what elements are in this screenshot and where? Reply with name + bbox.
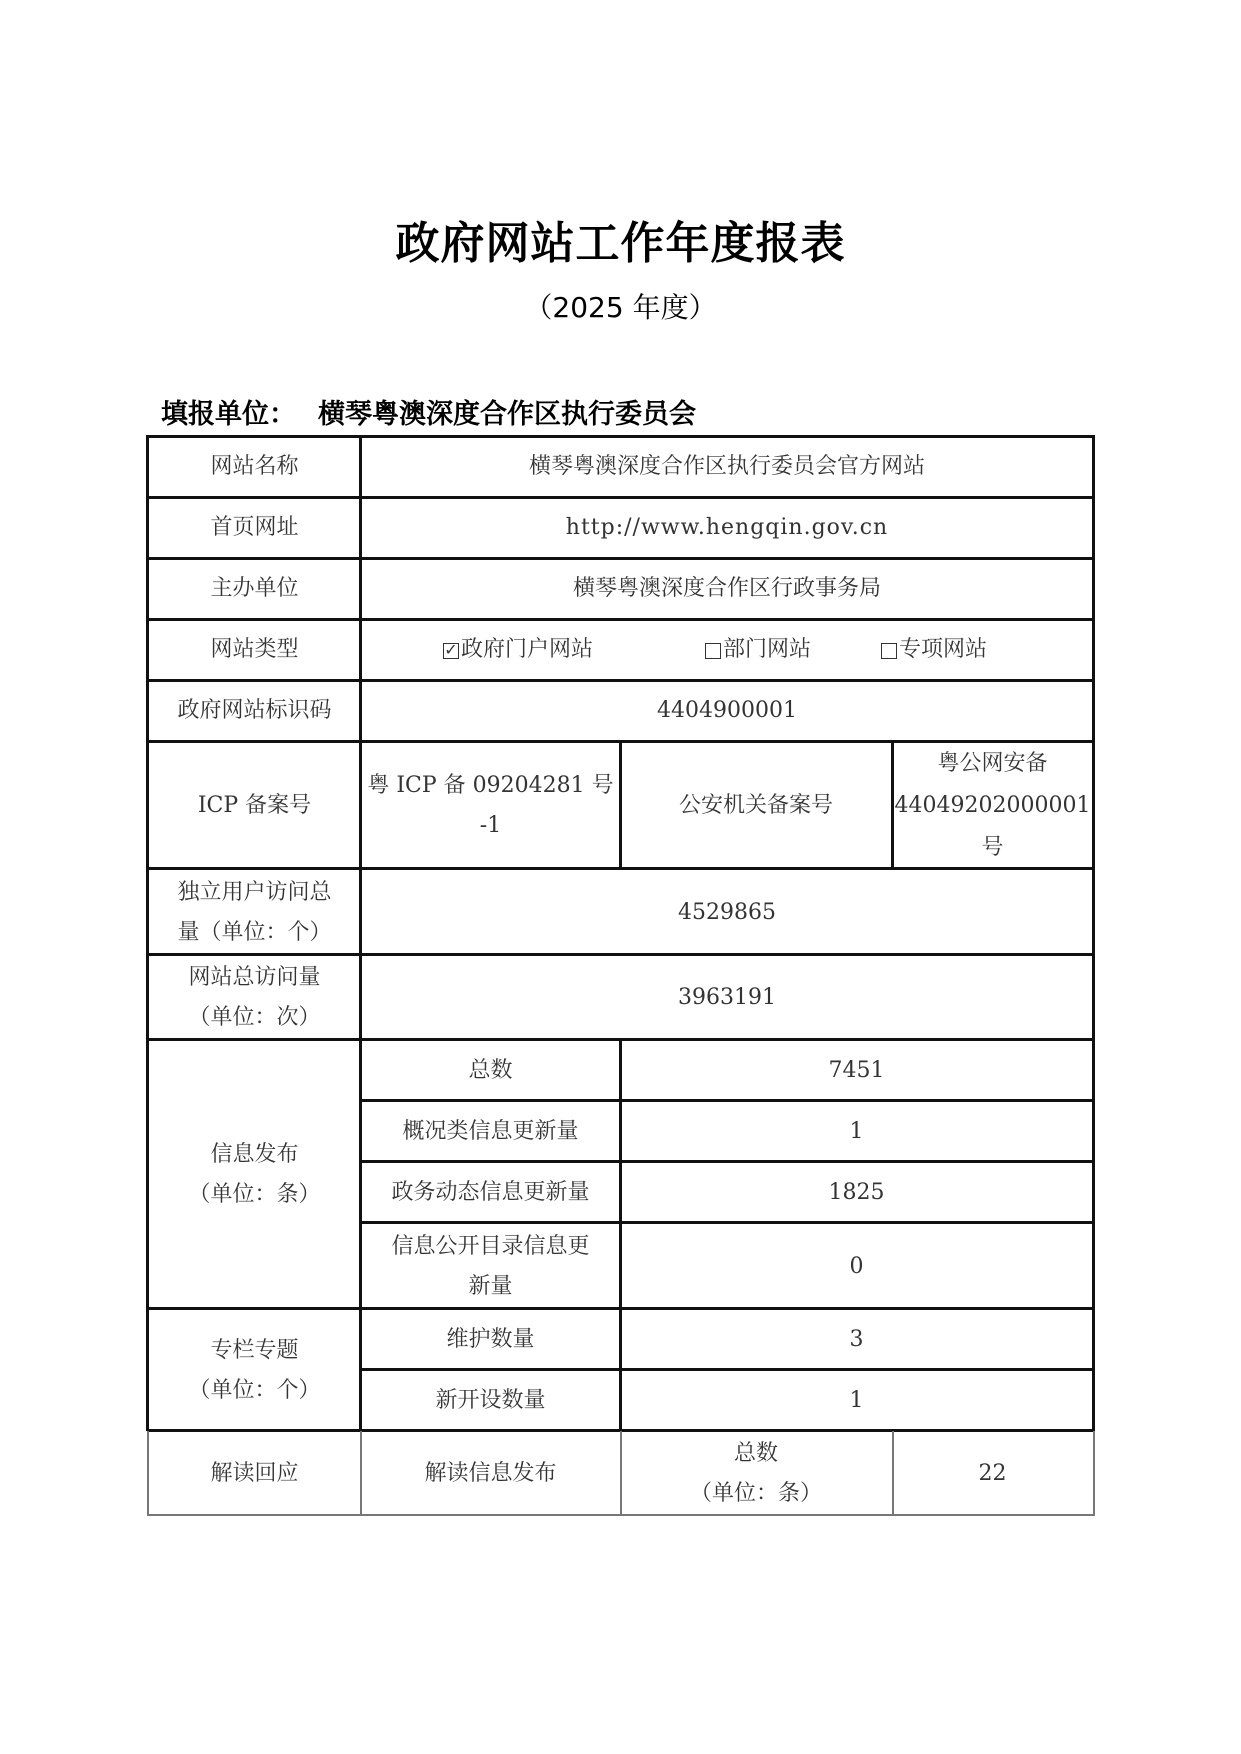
overview-update-value: 1: [620, 1102, 1093, 1162]
total-visits-value: 3963191: [361, 956, 1093, 1040]
columns-maintained-label: 维护数量: [361, 1310, 620, 1370]
row-divider: [147, 679, 1095, 682]
interpretation-count-value: 22: [892, 1432, 1093, 1515]
columns-new-value: 1: [620, 1371, 1093, 1431]
row-divider: [360, 1099, 1095, 1102]
col-divider: [891, 741, 894, 869]
col-divider: [360, 1431, 362, 1516]
total-visits-label: 网站总访问量（单位：次）: [148, 956, 361, 1040]
table-border: [147, 435, 1095, 438]
filler-unit-label: 填报单位：: [161, 399, 296, 430]
sponsor-label: 主办单位: [148, 559, 361, 619]
col-divider: [619, 1040, 622, 1431]
overview-update-label: 概况类信息更新量: [361, 1102, 620, 1162]
info-total-label: 总数: [361, 1041, 620, 1101]
filler-unit-value: 横琴粤澳深度合作区执行委员会: [318, 399, 696, 430]
site-type-label: 网站类型: [148, 620, 361, 680]
icp-value: 粤 ICP 备 09204281 号-1: [361, 742, 620, 869]
site-id-code-value: 4404900001: [361, 681, 1093, 741]
row-divider: [147, 496, 1095, 499]
filler-unit: 填报单位：横琴粤澳深度合作区执行委员会: [161, 396, 696, 434]
news-update-label: 政务动态信息更新量: [361, 1163, 620, 1223]
site-id-code-label: 政府网站标识码: [148, 681, 361, 741]
interpretation-count-label: 总数（单位：条）: [620, 1432, 892, 1515]
unique-visitors-value: 4529865: [361, 870, 1093, 955]
unique-visitors-label: 独立用户访问总量（单位：个）: [148, 870, 361, 955]
columns-new-label: 新开设数量: [361, 1371, 620, 1431]
disclosure-update-value: 0: [620, 1224, 1093, 1309]
news-update-value: 1825: [620, 1163, 1093, 1223]
interpretation-label: 解读回应: [148, 1432, 361, 1515]
row-divider: [360, 1160, 1095, 1163]
table-border: [147, 1431, 149, 1516]
col-divider: [619, 741, 622, 869]
row-divider: [147, 953, 1095, 956]
icp-label: ICP 备案号: [148, 742, 361, 869]
site-name-value: 横琴粤澳深度合作区执行委员会官方网站: [361, 437, 1093, 497]
row-divider: [360, 1221, 1095, 1224]
table-border: [146, 435, 149, 1431]
row-divider: [147, 618, 1095, 621]
col-divider: [892, 1431, 894, 1516]
site-type-options: ✓政府门户网站 部门网站 专项网站: [361, 619, 1093, 680]
checkbox-checked-icon[interactable]: ✓: [443, 643, 459, 659]
site-name-label: 网站名称: [148, 437, 361, 497]
police-record-label: 公安机关备案号: [620, 742, 892, 869]
sponsor-value: 横琴粤澳深度合作区行政事务局: [361, 559, 1093, 619]
table-border: [1093, 1431, 1095, 1516]
info-publish-label: 信息发布（单位：条）: [148, 1041, 361, 1309]
site-type-option-special[interactable]: 专项网站: [881, 619, 987, 680]
document-title: 政府网站工作年度报表: [0, 216, 1241, 272]
police-record-value: 粤公网安备44049202000001号: [892, 742, 1093, 869]
col-divider: [620, 1431, 622, 1516]
homepage-url-link[interactable]: http://www.hengqin.gov.cn: [361, 498, 1093, 558]
columns-maintained-value: 3: [620, 1310, 1093, 1370]
homepage-label: 首页网址: [148, 498, 361, 558]
col-divider: [359, 435, 362, 1431]
disclosure-update-label: 信息公开目录信息更新量: [361, 1224, 620, 1309]
row-divider: [147, 557, 1095, 560]
row-divider: [360, 1368, 1095, 1371]
info-total-value: 7451: [620, 1041, 1093, 1101]
columns-label: 专栏专题（单位：个）: [148, 1310, 361, 1431]
site-type-option-department[interactable]: 部门网站: [705, 619, 811, 680]
checkbox-unchecked-icon[interactable]: [881, 643, 897, 659]
checkbox-unchecked-icon[interactable]: [705, 643, 721, 659]
site-type-option-portal[interactable]: ✓政府门户网站: [443, 619, 593, 680]
table-border: [1092, 435, 1095, 1431]
document-subtitle: （2025 年度）: [0, 288, 1241, 328]
interpretation-publish-label: 解读信息发布: [361, 1432, 620, 1515]
